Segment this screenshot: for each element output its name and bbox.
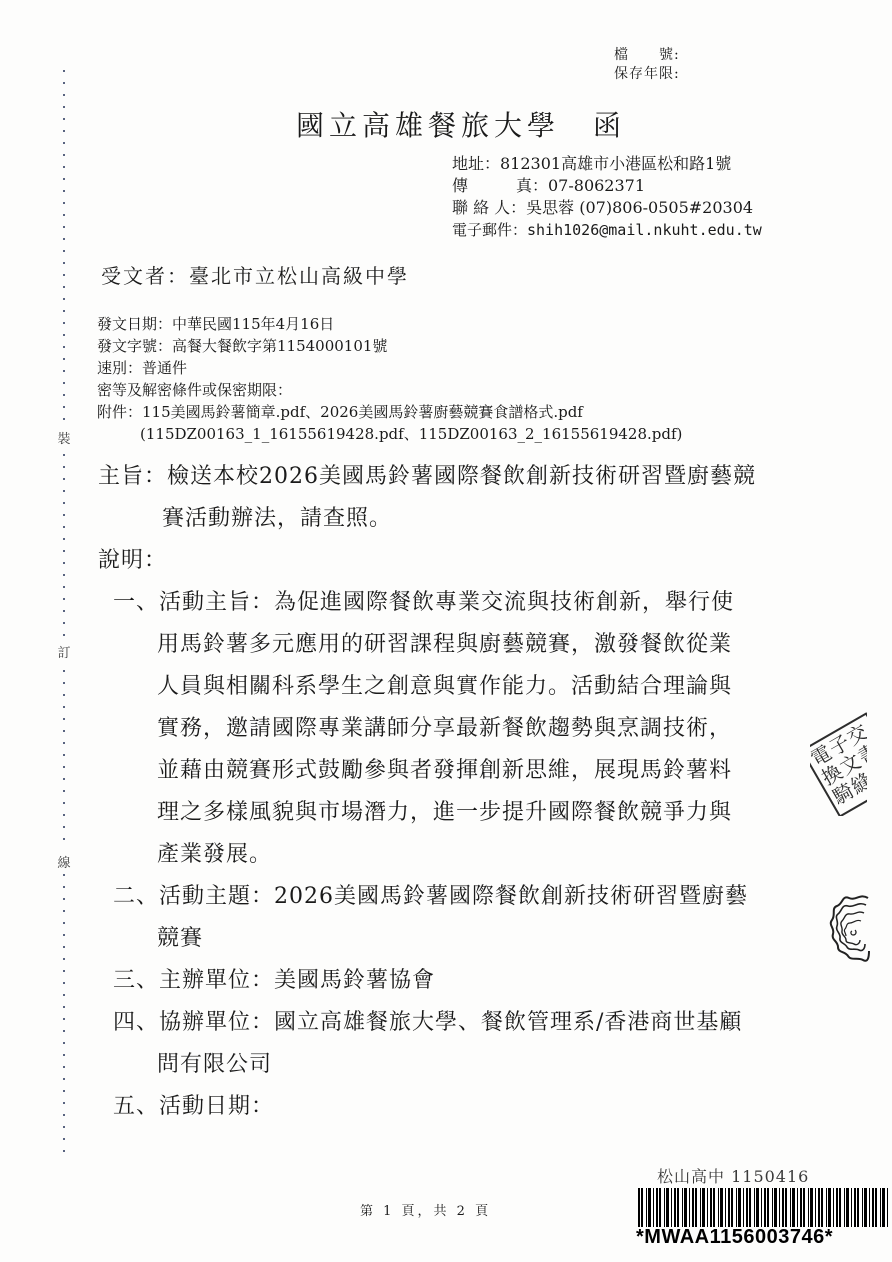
item-4-line: 問有限公司	[157, 1044, 756, 1086]
document-page: 裝 訂 線 檔 號: 保存年限: 國立高雄餐旅大學 函 地址：812301高雄市…	[0, 0, 892, 1262]
binding-mark-ding: 訂	[56, 640, 72, 663]
electronic-exchange-stamp-text: 電子交換文書騎縫章	[810, 712, 867, 816]
subject-line-continued: 賽活動辦法，請查照。	[162, 498, 756, 540]
attachment-filenames-line: (115DZ00163_1_16155619428.pdf、115DZ00163…	[97, 423, 682, 445]
item-1-line: 理之多樣風貌與市場潛力，進一步提升國際餐飲競爭力與	[157, 792, 756, 834]
document-title: 國立高雄餐旅大學 函	[296, 104, 626, 144]
item-1-line: 產業發展。	[157, 834, 756, 876]
file-number-label: 檔 號:	[614, 46, 680, 65]
electronic-exchange-stamp: 電子交換文書騎縫章	[810, 710, 867, 816]
binding-mark-xian: 線	[56, 850, 72, 873]
school-seal-stamp	[827, 890, 871, 970]
item-2-line: 二、活動主題：2026美國馬鈴薯國際餐飲創新技術研習暨廚藝	[113, 876, 756, 918]
sender-address-line: 地址：812301高雄市小港區松和路1號	[452, 153, 762, 175]
item-1-line: 用馬鈴薯多元應用的研習課程與廚藝競賽，激發餐飲從業	[157, 624, 756, 666]
document-meta-block: 發文日期：中華民國115年4月16日 發文字號：高餐大餐飲字第115400010…	[97, 313, 682, 445]
binding-mark-zhuang: 裝	[56, 426, 72, 449]
item-5-line: 五、活動日期：	[113, 1086, 756, 1128]
retention-period-label: 保存年限:	[614, 65, 680, 84]
barcode-label: 松山高中 1150416	[657, 1164, 809, 1187]
sender-email-line: 電子郵件：shih1026@mail.nkuht.edu.tw	[452, 219, 762, 241]
barcode-image	[638, 1188, 888, 1227]
subject-line: 主旨：檢送本校2026美國馬鈴薯國際餐飲創新技術研習暨廚藝競	[98, 456, 756, 498]
sender-contact-block: 地址：812301高雄市小港區松和路1號 傳 真：07-8062371 聯 絡 …	[452, 153, 762, 241]
item-3-line: 三、主辦單位：美國馬鈴薯協會	[113, 960, 756, 1002]
issue-date-line: 發文日期：中華民國115年4月16日	[97, 313, 682, 335]
speed-class-line: 速別：普通件	[97, 357, 682, 379]
binding-dotted-line	[63, 70, 65, 1158]
letter-body: 主旨：檢送本校2026美國馬鈴薯國際餐飲創新技術研習暨廚藝競 賽活動辦法，請查照…	[98, 456, 756, 1128]
sender-contact-person-line: 聯 絡 人：吳思蓉 (07)806-0505#20304	[452, 197, 762, 219]
barcode-text: *MWAA1156003746*	[636, 1226, 833, 1249]
sender-fax-line: 傳 真：07-8062371	[452, 175, 762, 197]
item-2-line: 競賽	[157, 918, 756, 960]
seal-flower-icon	[827, 890, 871, 970]
item-1-line: 實務，邀請國際專業講師分享最新餐飲趨勢與烹調技術，	[157, 708, 756, 750]
item-1-line: 一、活動主旨：為促進國際餐飲專業交流與技術創新，舉行使	[113, 582, 756, 624]
item-4-line: 四、協辦單位：國立高雄餐旅大學、餐飲管理系/香港商世基顧	[113, 1002, 756, 1044]
item-1-line: 並藉由競賽形式鼓勵參與者發揮創新思維，展現馬鈴薯料	[157, 750, 756, 792]
recipient-line: 受文者：臺北市立松山高級中學	[101, 260, 409, 289]
page-number-footer: 第 1 頁，共 2 頁	[360, 1200, 491, 1219]
item-1-line: 人員與相關科系學生之創意與實作能力。活動結合理論與	[157, 666, 756, 708]
file-number-block: 檔 號: 保存年限:	[614, 46, 680, 84]
attachments-line: 附件：115美國馬鈴薯簡章.pdf、2026美國馬鈴薯廚藝競賽食譜格式.pdf	[97, 401, 682, 423]
security-class-line: 密等及解密條件或保密期限：	[97, 379, 682, 401]
doc-number-line: 發文字號：高餐大餐飲字第1154000101號	[97, 335, 682, 357]
description-heading: 說明：	[98, 540, 756, 582]
